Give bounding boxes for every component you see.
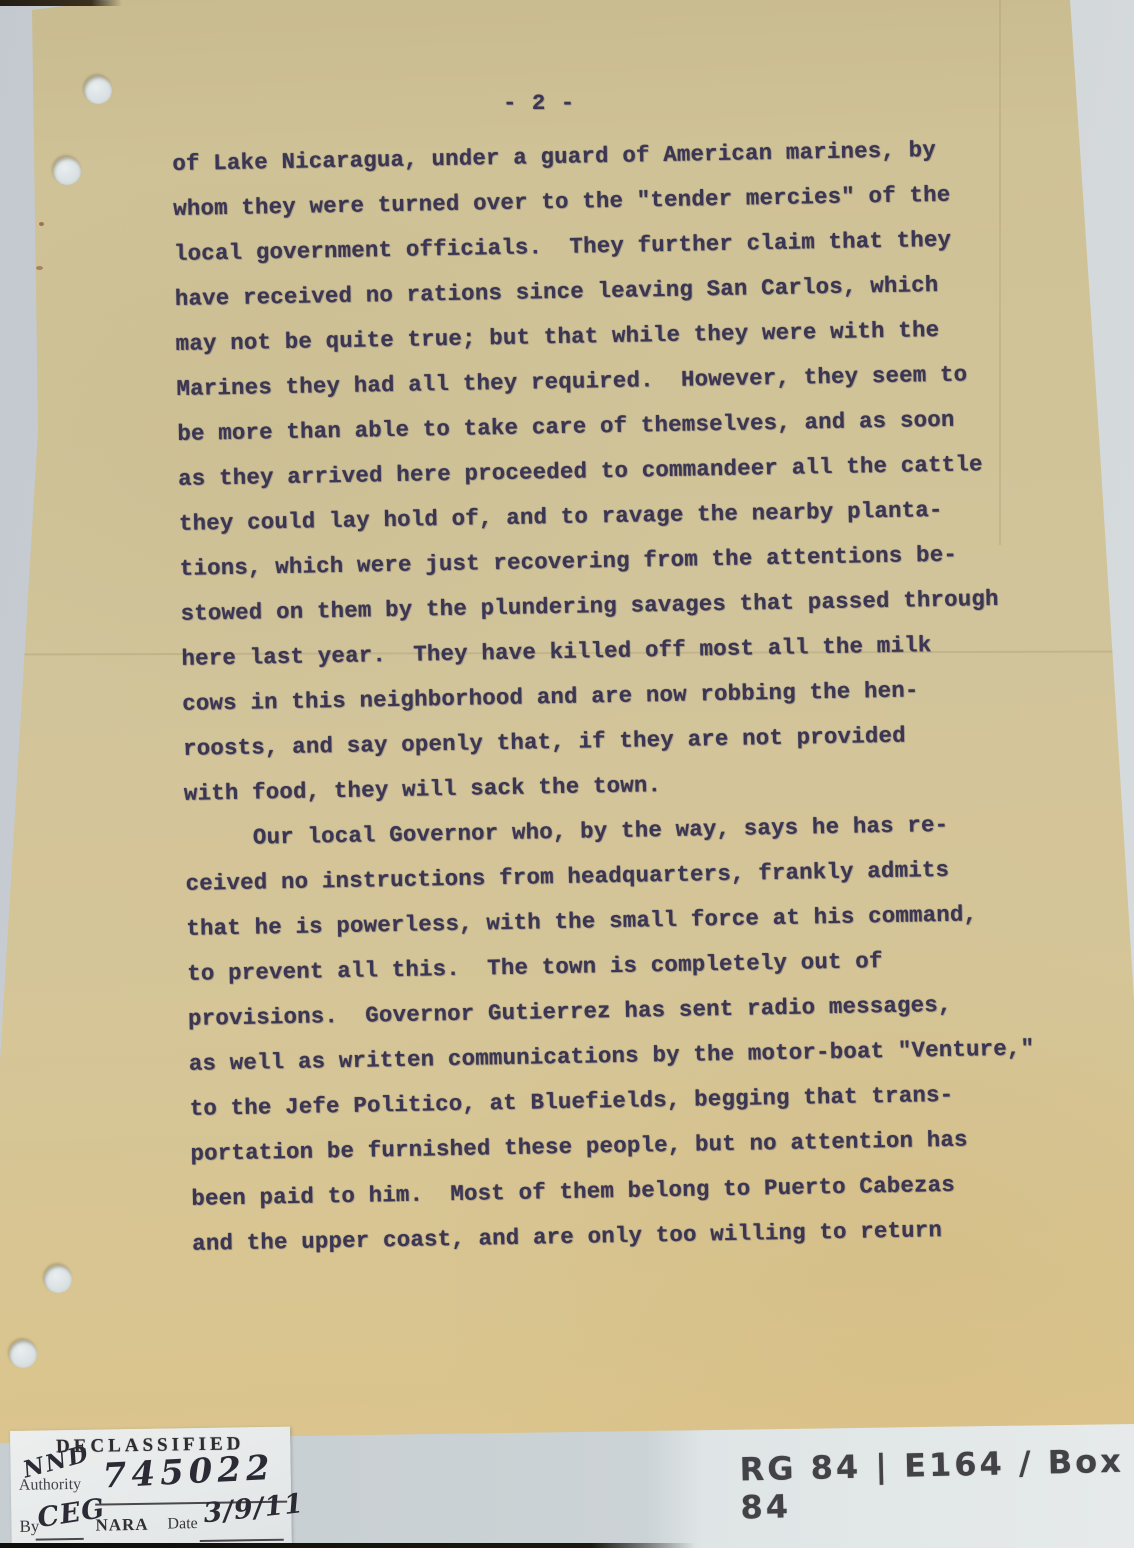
by-label: By <box>19 1517 39 1537</box>
hole-punch <box>44 1265 72 1293</box>
nara-label: NARA <box>95 1515 148 1536</box>
authority-number-handwritten: 745022 <box>102 1448 276 1497</box>
date-rule-line <box>200 1539 284 1542</box>
hole-punch <box>9 1340 37 1368</box>
declassified-stamp: DECLASSIFIED Authority NND 745022 By CEG… <box>10 1427 292 1548</box>
page-number: - 2 - <box>503 90 575 116</box>
paper-stain <box>36 266 43 270</box>
scanned-document-photo: - 2 - of Lake Nicaragua, under a guard o… <box>0 0 1134 1548</box>
hole-punch <box>53 157 81 185</box>
scan-edge-top <box>0 0 122 6</box>
by-rule-line <box>36 1538 84 1541</box>
document-page: - 2 - of Lake Nicaragua, under a guard o… <box>0 0 1134 1448</box>
hole-punch <box>84 76 112 104</box>
scan-edge-bottom <box>0 1543 695 1548</box>
typed-body: of Lake Nicaragua, under a guard of Amer… <box>172 126 1052 1267</box>
archive-box-annotation: RG 84 | E164 / Box 84 <box>739 1442 1134 1527</box>
date-handwritten: 3/9/11 <box>202 1488 306 1529</box>
date-label: Date <box>167 1515 197 1533</box>
paper-stain <box>39 222 44 226</box>
